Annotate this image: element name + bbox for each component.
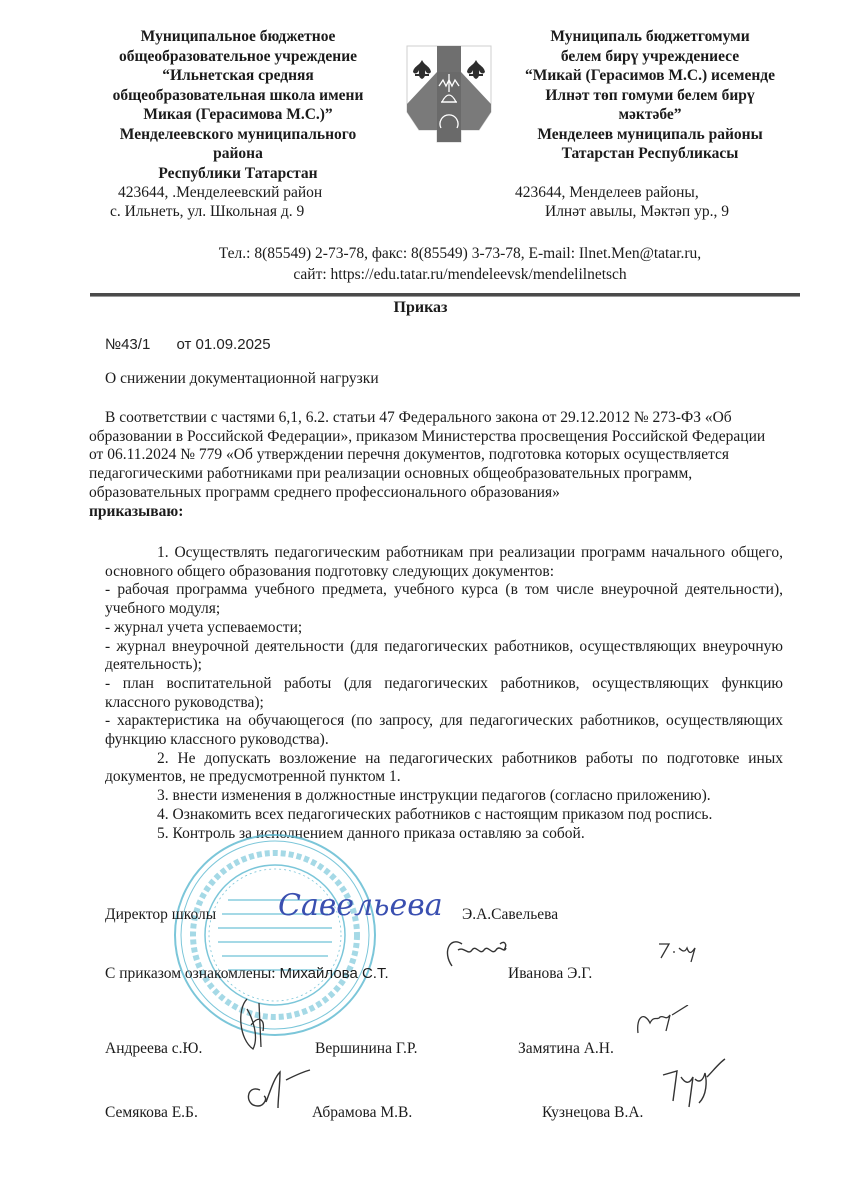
staff-name: Семякова Е.Б. [105,1104,198,1122]
acquainted-block: С приказом ознакомлены: Михайлова С.Т. [105,965,389,983]
signature-mark-icon [655,1055,730,1125]
header-right-line: мәктәбе” [500,105,800,125]
header-left-line: района [88,144,388,164]
order-word: приказываю: [89,503,783,522]
header-right-line: Муниципаль бюджетгомуми [500,27,800,47]
header-left-address-2: с. Ильнеть, ул. Школьная д. 9 [110,202,304,221]
contact-info: Тел.: 8(85549) 2-73-78, факс: 8(85549) 3… [80,243,840,285]
header-right-line: Менделеев муниципаль районы [500,125,800,145]
document-date: от 01.09.2025 [176,336,270,353]
contact-phone-email: Тел.: 8(85549) 2-73-78, факс: 8(85549) 3… [80,243,840,264]
staff-name: Абрамова М.В. [312,1104,412,1122]
header-right-line: Илнәт төп гомуми белем бирү [500,86,800,106]
director-name: Э.А.Савельева [462,906,558,924]
header-divider [90,293,800,297]
staff-name: Кузнецова В.А. [542,1104,643,1122]
document-subject: О снижении документационной нагрузки [105,370,783,389]
signature-mark-icon [440,930,530,980]
contact-website: сайт: https://edu.tatar.ru/mendeleevsk/m… [80,264,840,285]
signature-mark-icon [240,1060,315,1115]
director-signature-icon: Савельева [278,888,443,923]
order-item-3: 3. внести изменения в должностные инстру… [105,787,783,806]
signature-mark-icon [632,1005,692,1040]
staff-name: Андреева с.Ю. [105,1040,202,1058]
staff-name: Вершинина Г.Р. [315,1040,417,1058]
document-preamble: В соответствии с частями 6,1, 6.2. стать… [89,409,783,503]
header-right-line: белем бирү учреждениесе [500,47,800,67]
header-right-line: Татарстан Республикасы [500,144,800,164]
header-right-line: “Микай (Герасимов М.С.) исеменде [500,66,800,86]
staff-name: Михайлова С.Т. [279,965,388,982]
document-title: Приказ [0,299,841,317]
header-left-line: “Ильнетская средняя [88,66,388,86]
header-left-line: Менделеевского муниципального [88,125,388,145]
header-left-org-name: Муниципальное бюджетное общеобразователь… [88,27,388,183]
item1-list-entry: - план воспитательной работы (для педаго… [105,675,783,712]
director-label: Директор школы [105,906,216,924]
document-preamble-block: В соответствии с частями 6,1, 6.2. стать… [89,409,783,521]
header-left-line: общеобразовательное учреждение [88,47,388,67]
header-left-line: общеобразовательная школа имени [88,86,388,106]
order-item-1: 1. Осуществлять педагогическим работника… [105,544,783,581]
item1-list-entry: - рабочая программа учебного предмета, у… [105,581,783,618]
document-meta: №43/1 от 01.09.2025 [105,336,293,353]
order-item-2: 2. Не допускать возложение на педагогиче… [105,750,783,787]
staff-name: Замятина А.Н. [518,1040,614,1058]
order-item-4: 4. Ознакомить всех педагогических работн… [105,806,783,825]
coat-of-arms-icon [403,42,495,147]
header-left-line: Республики Татарстан [88,164,388,184]
item1-list-entry: - журнал внеурочной деятельности (для пе… [105,638,783,675]
header-left-line: Микая (Герасимова М.С.)” [88,105,388,125]
header-right-org-name: Муниципаль бюджетгомуми белем бирү учреж… [500,27,800,164]
header-right-address-1: 423644, Менделеев районы, [515,183,699,202]
header-right-address-2: Илнәт авылы, Мәктәп ур., 9 [545,202,729,221]
item1-list-entry: - журнал учета успеваемости; [105,619,783,638]
signature-mark-icon [655,938,705,968]
document-items: 1. Осуществлять педагогическим работника… [105,544,783,843]
document-number: №43/1 [105,336,150,353]
header-left-address-1: 423644, .Менделеевский район [118,183,322,202]
acquainted-label: С приказом ознакомлены: [105,965,276,982]
header-left-line: Муниципальное бюджетное [88,27,388,47]
signature-mark-icon [235,995,280,1055]
item1-list-entry: - характеристика на обучающегося (по зап… [105,712,783,749]
